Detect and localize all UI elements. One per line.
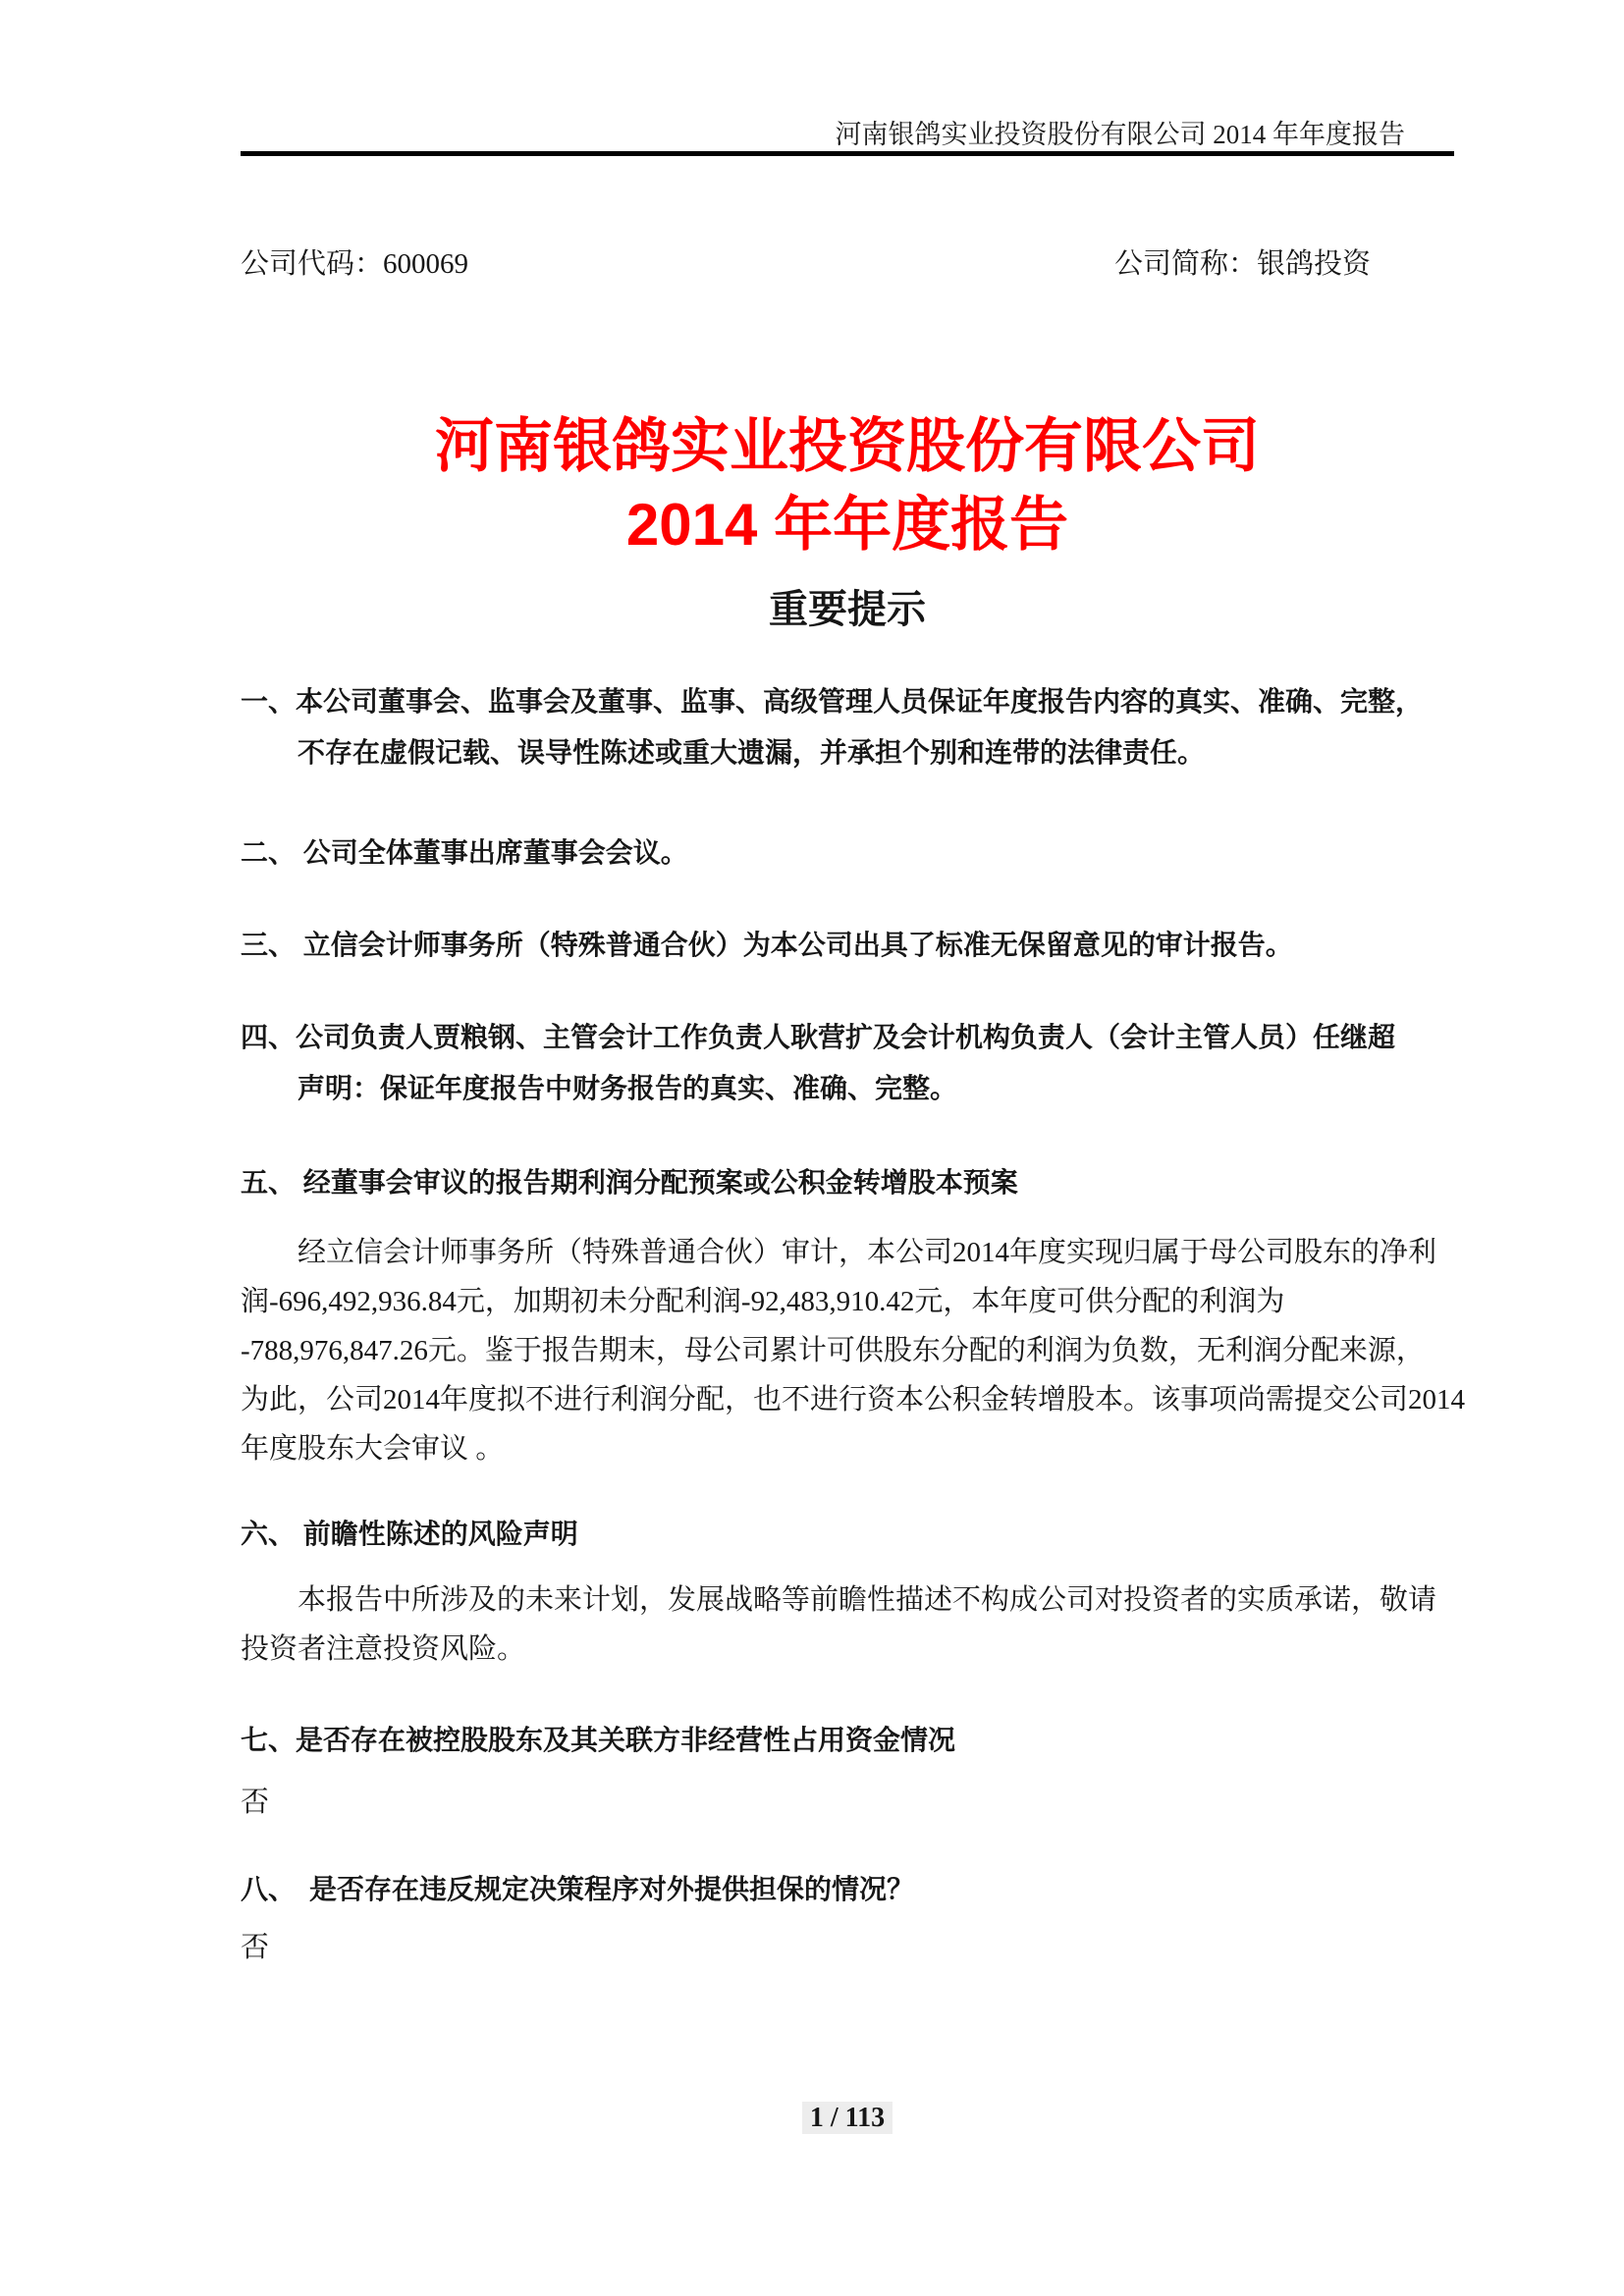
section-4-heading-line: 四、公司负责人贾粮钢、主管会计工作负责人耿营扩及会计机构负责人（会计主管人员）任… [241,1012,1454,1063]
paragraph-line: 为此，公司2014年度拟不进行利润分配，也不进行资本公积金转增股本。该事项尚需提… [241,1375,1454,1424]
section-5-heading-line: 五、 经董事会审议的报告期利润分配预案或公积金转增股本预案 [241,1157,1454,1208]
section-7-heading-line: 七、是否存在被控股股东及其关联方非经营性占用资金情况 [241,1715,1454,1766]
section-8-answer: 否 [241,1923,1454,1972]
company-code-label: 公司代码：600069 [241,244,468,284]
section-1-heading-line: 不存在虚假记载、误导性陈述或重大遗漏，并承担个别和连带的法律责任。 [241,727,1454,778]
running-header: 河南银鸽实业投资股份有限公司 2014 年年度报告 [241,0,1454,151]
answer-line: 否 [241,1923,1454,1972]
section-4: 四、公司负责人贾粮钢、主管会计工作负责人耿营扩及会计机构负责人（会计主管人员）任… [241,1012,1454,1114]
section-6-heading-line: 六、 前瞻性陈述的风险声明 [241,1509,1454,1560]
page-number: 1 / 113 [802,2102,893,2134]
document-page: 河南银鸽实业投资股份有限公司 2014 年年度报告 公司代码：600069 公司… [0,0,1624,2296]
section-3: 三、 立信会计师事务所（特殊普通合伙）为本公司出具了标准无保留意见的审计报告。 [241,920,1454,971]
company-abbr-label: 公司简称：银鸽投资 [1114,244,1371,284]
section-8-heading-line: 八、 是否存在违反规定决策程序对外提供担保的情况？ [241,1864,1454,1915]
section-2-heading-line: 二、 公司全体董事出席董事会会议。 [241,828,1454,879]
header-rule [241,151,1454,156]
notice-heading: 重要提示 [241,588,1454,631]
section-8: 八、 是否存在违反规定决策程序对外提供担保的情况？ 否 [241,1864,1454,1972]
section-5: 五、 经董事会审议的报告期利润分配预案或公积金转增股本预案 经立信会计师事务所（… [241,1157,1454,1473]
section-6: 六、 前瞻性陈述的风险声明 本报告中所涉及的未来计划，发展战略等前瞻性描述不构成… [241,1509,1454,1674]
paragraph-line: 年度股东大会审议 。 [241,1424,1454,1473]
section-1: 一、本公司董事会、监事会及董事、监事、高级管理人员保证年度报告内容的真实、准确、… [241,676,1454,778]
company-info-row: 公司代码：600069 公司简称：银鸽投资 [241,244,1454,284]
paragraph-line: 本报告中所涉及的未来计划，发展战略等前瞻性描述不构成公司对投资者的实质承诺，敬请 [241,1575,1454,1625]
paragraph-line: 投资者注意投资风险。 [241,1625,1454,1674]
section-3-heading-line: 三、 立信会计师事务所（特殊普通合伙）为本公司出具了标准无保留意见的审计报告。 [241,920,1454,971]
page-footer: 1 / 113 [241,2103,1454,2134]
section-6-paragraph: 本报告中所涉及的未来计划，发展战略等前瞻性描述不构成公司对投资者的实质承诺，敬请… [241,1575,1454,1674]
section-7: 七、是否存在被控股股东及其关联方非经营性占用资金情况 否 [241,1715,1454,1827]
paragraph-line: 经立信会计师事务所（特殊普通合伙）审计，本公司2014年度实现归属于母公司股东的… [241,1228,1454,1277]
report-title-line1: 河南银鸽实业投资股份有限公司 [241,407,1454,486]
report-title-line2: 2014 年年度报告 [241,486,1454,564]
section-4-heading-line: 声明：保证年度报告中财务报告的真实、准确、完整。 [241,1063,1454,1114]
answer-line: 否 [241,1778,1454,1827]
section-7-answer: 否 [241,1778,1454,1827]
section-1-heading-line: 一、本公司董事会、监事会及董事、监事、高级管理人员保证年度报告内容的真实、准确、… [241,676,1454,727]
paragraph-line: 润-696,492,936.84元，加期初未分配利润-92,483,910.42… [241,1277,1454,1326]
paragraph-line: -788,976,847.26元。鉴于报告期末，母公司累计可供股东分配的利润为负… [241,1326,1454,1375]
section-5-paragraph: 经立信会计师事务所（特殊普通合伙）审计，本公司2014年度实现归属于母公司股东的… [241,1228,1454,1473]
report-title: 河南银鸽实业投资股份有限公司 2014 年年度报告 [241,407,1454,564]
section-2: 二、 公司全体董事出席董事会会议。 [241,828,1454,879]
